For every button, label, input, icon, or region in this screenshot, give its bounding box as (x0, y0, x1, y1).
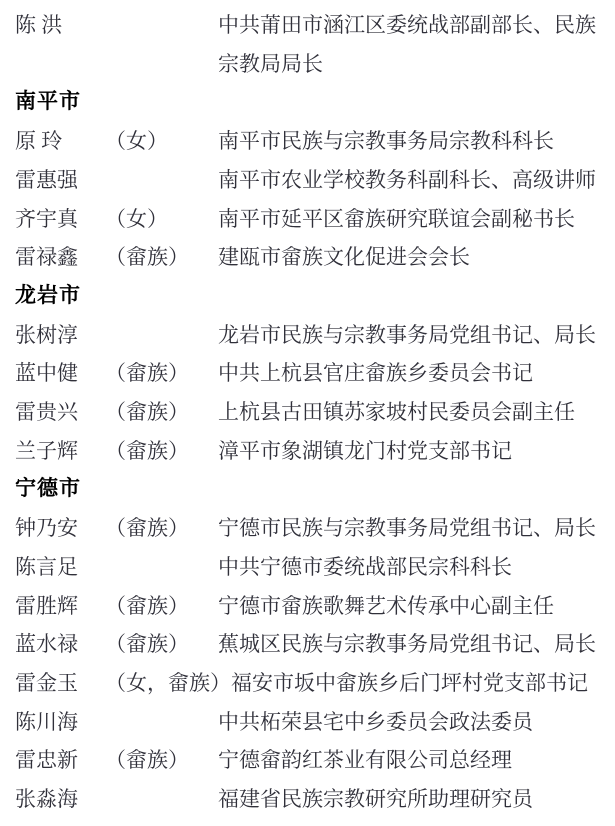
person-name: 陈川海 (15, 703, 105, 742)
person-title: 龙岩市民族与宗教事务局党组书记、局长 (218, 316, 615, 355)
list-entry: 雷惠强 南平市农业学校教务科副科长、高级讲师 (15, 161, 615, 200)
person-title: 宁德市畲族歌舞艺术传承中心副主任 (218, 587, 615, 626)
person-title: 中共宁德市委统战部民宗科科长 (218, 548, 615, 587)
list-entry: 张淼海 福建省民族宗教研究所助理研究员 (15, 780, 615, 819)
person-title: 南平市农业学校教务科副科长、高级讲师 (218, 161, 615, 200)
person-title: 南平市延平区畲族研究联谊会副秘书长 (218, 200, 615, 239)
person-name: 兰子辉 (15, 432, 105, 471)
person-title: 漳平市象湖镇龙门村党支部书记 (218, 432, 615, 471)
person-note: （畲族） (105, 238, 218, 277)
person-title: 建瓯市畲族文化促进会会长 (218, 238, 615, 277)
person-note: （畲族） (105, 587, 218, 626)
person-title: 中共柘荣县宅中乡委员会政法委员 (218, 703, 615, 742)
person-name: 齐宇真 (15, 200, 105, 239)
person-title: 宁德市民族与宗教事务局党组书记、局长 (218, 509, 615, 548)
person-title: 宁德畲韵红茶业有限公司总经理 (218, 741, 615, 780)
person-note: （女） (105, 122, 218, 161)
list-entry: 张树淳 龙岩市民族与宗教事务局党组书记、局长 (15, 316, 615, 355)
list-entry: 原 玲 （女） 南平市民族与宗教事务局宗教科科长 (15, 122, 615, 161)
section-header: 宁德市 (15, 470, 615, 509)
person-note: （畲族） (105, 354, 218, 393)
document-page: 陈 洪 中共莆田市涵江区委统战部副部长、民族宗教局局长 南平市 原 玲 （女） … (0, 0, 615, 826)
list-entry: 兰子辉 （畲族） 漳平市象湖镇龙门村党支部书记 (15, 432, 615, 471)
section-header: 龙岩市 (15, 277, 615, 316)
person-name: 张树淳 (15, 316, 105, 355)
list-entry: 齐宇真 （女） 南平市延平区畲族研究联谊会副秘书长 (15, 200, 615, 239)
person-note: （畲族） (105, 509, 218, 548)
person-name: 原 玲 (15, 122, 105, 161)
person-note: （女，畲族） (105, 664, 231, 703)
person-name: 雷贵兴 (15, 393, 105, 432)
list-entry: 陈川海 中共柘荣县宅中乡委员会政法委员 (15, 703, 615, 742)
list-entry: 陈言足 中共宁德市委统战部民宗科科长 (15, 548, 615, 587)
person-title: 蕉城区民族与宗教事务局党组书记、局长 (218, 625, 615, 664)
list-entry: 钟乃安 （畲族） 宁德市民族与宗教事务局党组书记、局长 (15, 509, 615, 548)
person-name: 雷忠新 (15, 741, 105, 780)
person-title: 南平市民族与宗教事务局宗教科科长 (218, 122, 615, 161)
person-name: 雷禄鑫 (15, 238, 105, 277)
section-header: 南平市 (15, 83, 615, 122)
person-title: 中共莆田市涵江区委统战部副部长、民族宗教局局长 (218, 6, 615, 83)
person-name: 张淼海 (15, 780, 105, 819)
list-entry: 陈 洪 中共莆田市涵江区委统战部副部长、民族宗教局局长 (15, 6, 615, 83)
person-name: 陈言足 (15, 548, 105, 587)
person-note: （女） (105, 200, 218, 239)
list-entry: 雷忠新 （畲族） 宁德畲韵红茶业有限公司总经理 (15, 741, 615, 780)
list-entry: 雷禄鑫 （畲族） 建瓯市畲族文化促进会会长 (15, 238, 615, 277)
person-name: 雷惠强 (15, 161, 105, 200)
person-name: 蓝中健 (15, 354, 105, 393)
person-title: 福建省民族宗教研究所助理研究员 (218, 780, 615, 819)
person-name: 雷金玉 (15, 664, 105, 703)
list-entry: 雷胜辉 （畲族） 宁德市畲族歌舞艺术传承中心副主任 (15, 587, 615, 626)
person-title: 上杭县古田镇苏家坡村民委员会副主任 (218, 393, 615, 432)
person-name: 陈 洪 (15, 6, 105, 45)
person-name: 钟乃安 (15, 509, 105, 548)
person-note: （畲族） (105, 741, 218, 780)
person-title: 中共上杭县官庄畲族乡委员会书记 (218, 354, 615, 393)
list-entry: 蓝水禄 （畲族） 蕉城区民族与宗教事务局党组书记、局长 (15, 625, 615, 664)
person-title: 福安市坂中畲族乡后门坪村党支部书记 (231, 664, 615, 703)
person-note: （畲族） (105, 625, 218, 664)
list-entry: 蓝中健 （畲族） 中共上杭县官庄畲族乡委员会书记 (15, 354, 615, 393)
list-entry: 雷贵兴 （畲族） 上杭县古田镇苏家坡村民委员会副主任 (15, 393, 615, 432)
person-name: 蓝水禄 (15, 625, 105, 664)
person-note: （畲族） (105, 432, 218, 471)
list-entry: 雷金玉 （女，畲族） 福安市坂中畲族乡后门坪村党支部书记 (15, 664, 615, 703)
person-name: 雷胜辉 (15, 587, 105, 626)
person-note: （畲族） (105, 393, 218, 432)
